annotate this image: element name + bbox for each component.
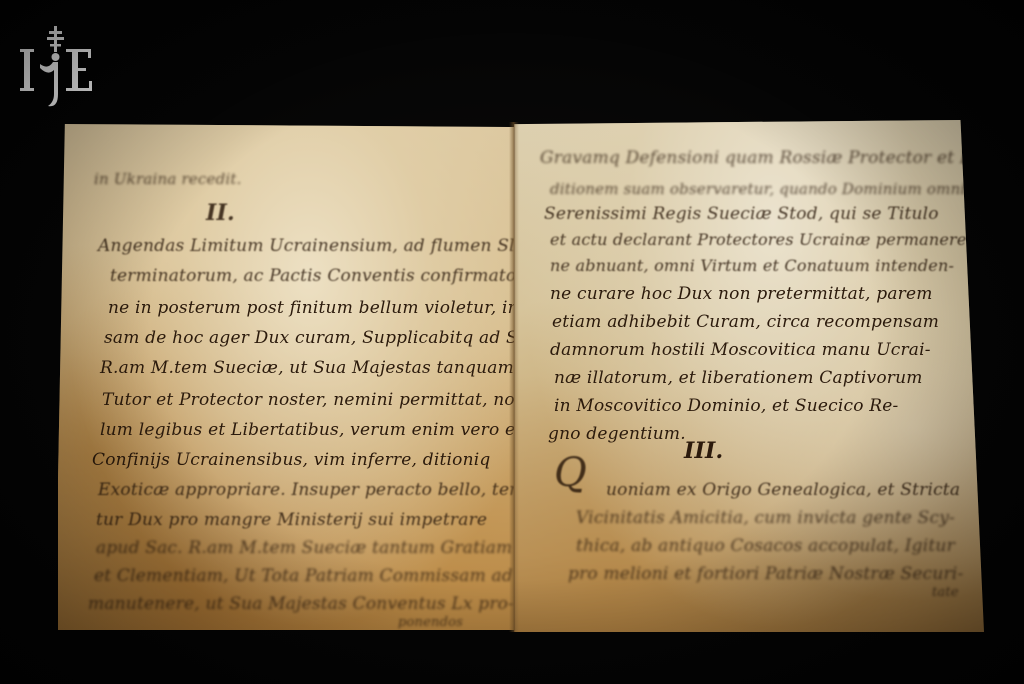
right-section-line-1: uoniam ex Origo Genealogica, et Stricta — [606, 482, 960, 499]
left-line-10: tur Dux pro mangre Ministerij sui impetr… — [96, 512, 487, 529]
section-heading-iii: III. — [684, 440, 723, 462]
left-line-5: R.am M.tem Sueciæ, ut Sua Majestas tanqu… — [100, 360, 514, 377]
right-section-line-5: tate — [932, 586, 959, 599]
left-line-11: apud Sac. R.am M.tem Sueciæ tantum Grati… — [96, 540, 512, 557]
manuscript-right-page: Gravamq Defensioni quam Rossiæ Protector… — [514, 120, 984, 632]
right-line-6: ne curare hoc Dux non pretermittat, pare… — [550, 286, 933, 303]
right-line-8: damnorum hostili Moscovitica manu Ucrai- — [550, 342, 931, 359]
right-line-9: næ illatorum, et liberationem Captivorum — [554, 370, 923, 387]
right-line-11: gno degentium. — [548, 426, 686, 443]
left-line-4: sam de hoc ager Dux curam, Supplicabitq … — [104, 330, 514, 347]
right-section-line-2: Vicinitatis Amicitia, cum invicta gente … — [576, 510, 955, 527]
right-line-1: Gravamq Defensioni quam Rossiæ Protector… — [540, 150, 984, 167]
top-note: in Ukraina recedit. — [94, 172, 242, 187]
left-line-6: Tutor et Protector noster, nemini permit… — [102, 392, 514, 409]
manuscript-center-fold — [509, 122, 519, 632]
manuscript-left-page: in Ukraina recedit. II. Angendas Limitum… — [58, 124, 514, 630]
right-section-line-3: thica, ab antiquo Cosacos accopulat, Igi… — [576, 538, 955, 555]
section-heading-ii: II. — [206, 202, 235, 224]
manuscript: in Ukraina recedit. II. Angendas Limitum… — [0, 0, 1024, 684]
right-section-line-4: pro melioni et fortiori Patriæ Nostræ Se… — [568, 566, 963, 583]
right-line-2: ditionem suam observaretur, quando Domin… — [550, 182, 965, 197]
left-line-1: Angendas Limitum Ucrainensium, ad flumen… — [98, 238, 514, 255]
right-line-3: Serenissimi Regis Sueciæ Stod, qui se Ti… — [544, 206, 939, 223]
left-line-12: et Clementiam, Ut Tota Patriam Commissam… — [94, 568, 513, 585]
left-line-9: Exoticæ appropriare. Insuper peracto bel… — [98, 482, 514, 499]
left-line-3: ne in posterum post finitum bellum viole… — [108, 300, 514, 317]
left-line-13: manutenere, ut Sua Majestas Conventus Lx… — [88, 596, 514, 613]
right-line-7: etiam adhibebit Curam, circa recompensam — [552, 314, 939, 331]
dropcap-q: Q — [554, 450, 587, 496]
left-line-7: lum legibus et Libertatibus, verum enim … — [100, 422, 514, 439]
right-line-4: et actu declarant Protectores Ucrainæ pe… — [550, 232, 972, 248]
left-line-14: ponendos — [398, 616, 463, 629]
left-line-8: Confinijs Ucrainensibus, vim inferre, di… — [92, 452, 490, 469]
right-line-5: ne abnuant, omni Virtum et Conatuum inte… — [550, 258, 954, 274]
right-line-10: in Moscovitico Dominio, et Suecico Re- — [554, 398, 899, 415]
left-line-2: terminatorum, ac Pactis Conventis confir… — [110, 268, 514, 285]
photo-stage: in Ukraina recedit. II. Angendas Limitum… — [0, 0, 1024, 684]
